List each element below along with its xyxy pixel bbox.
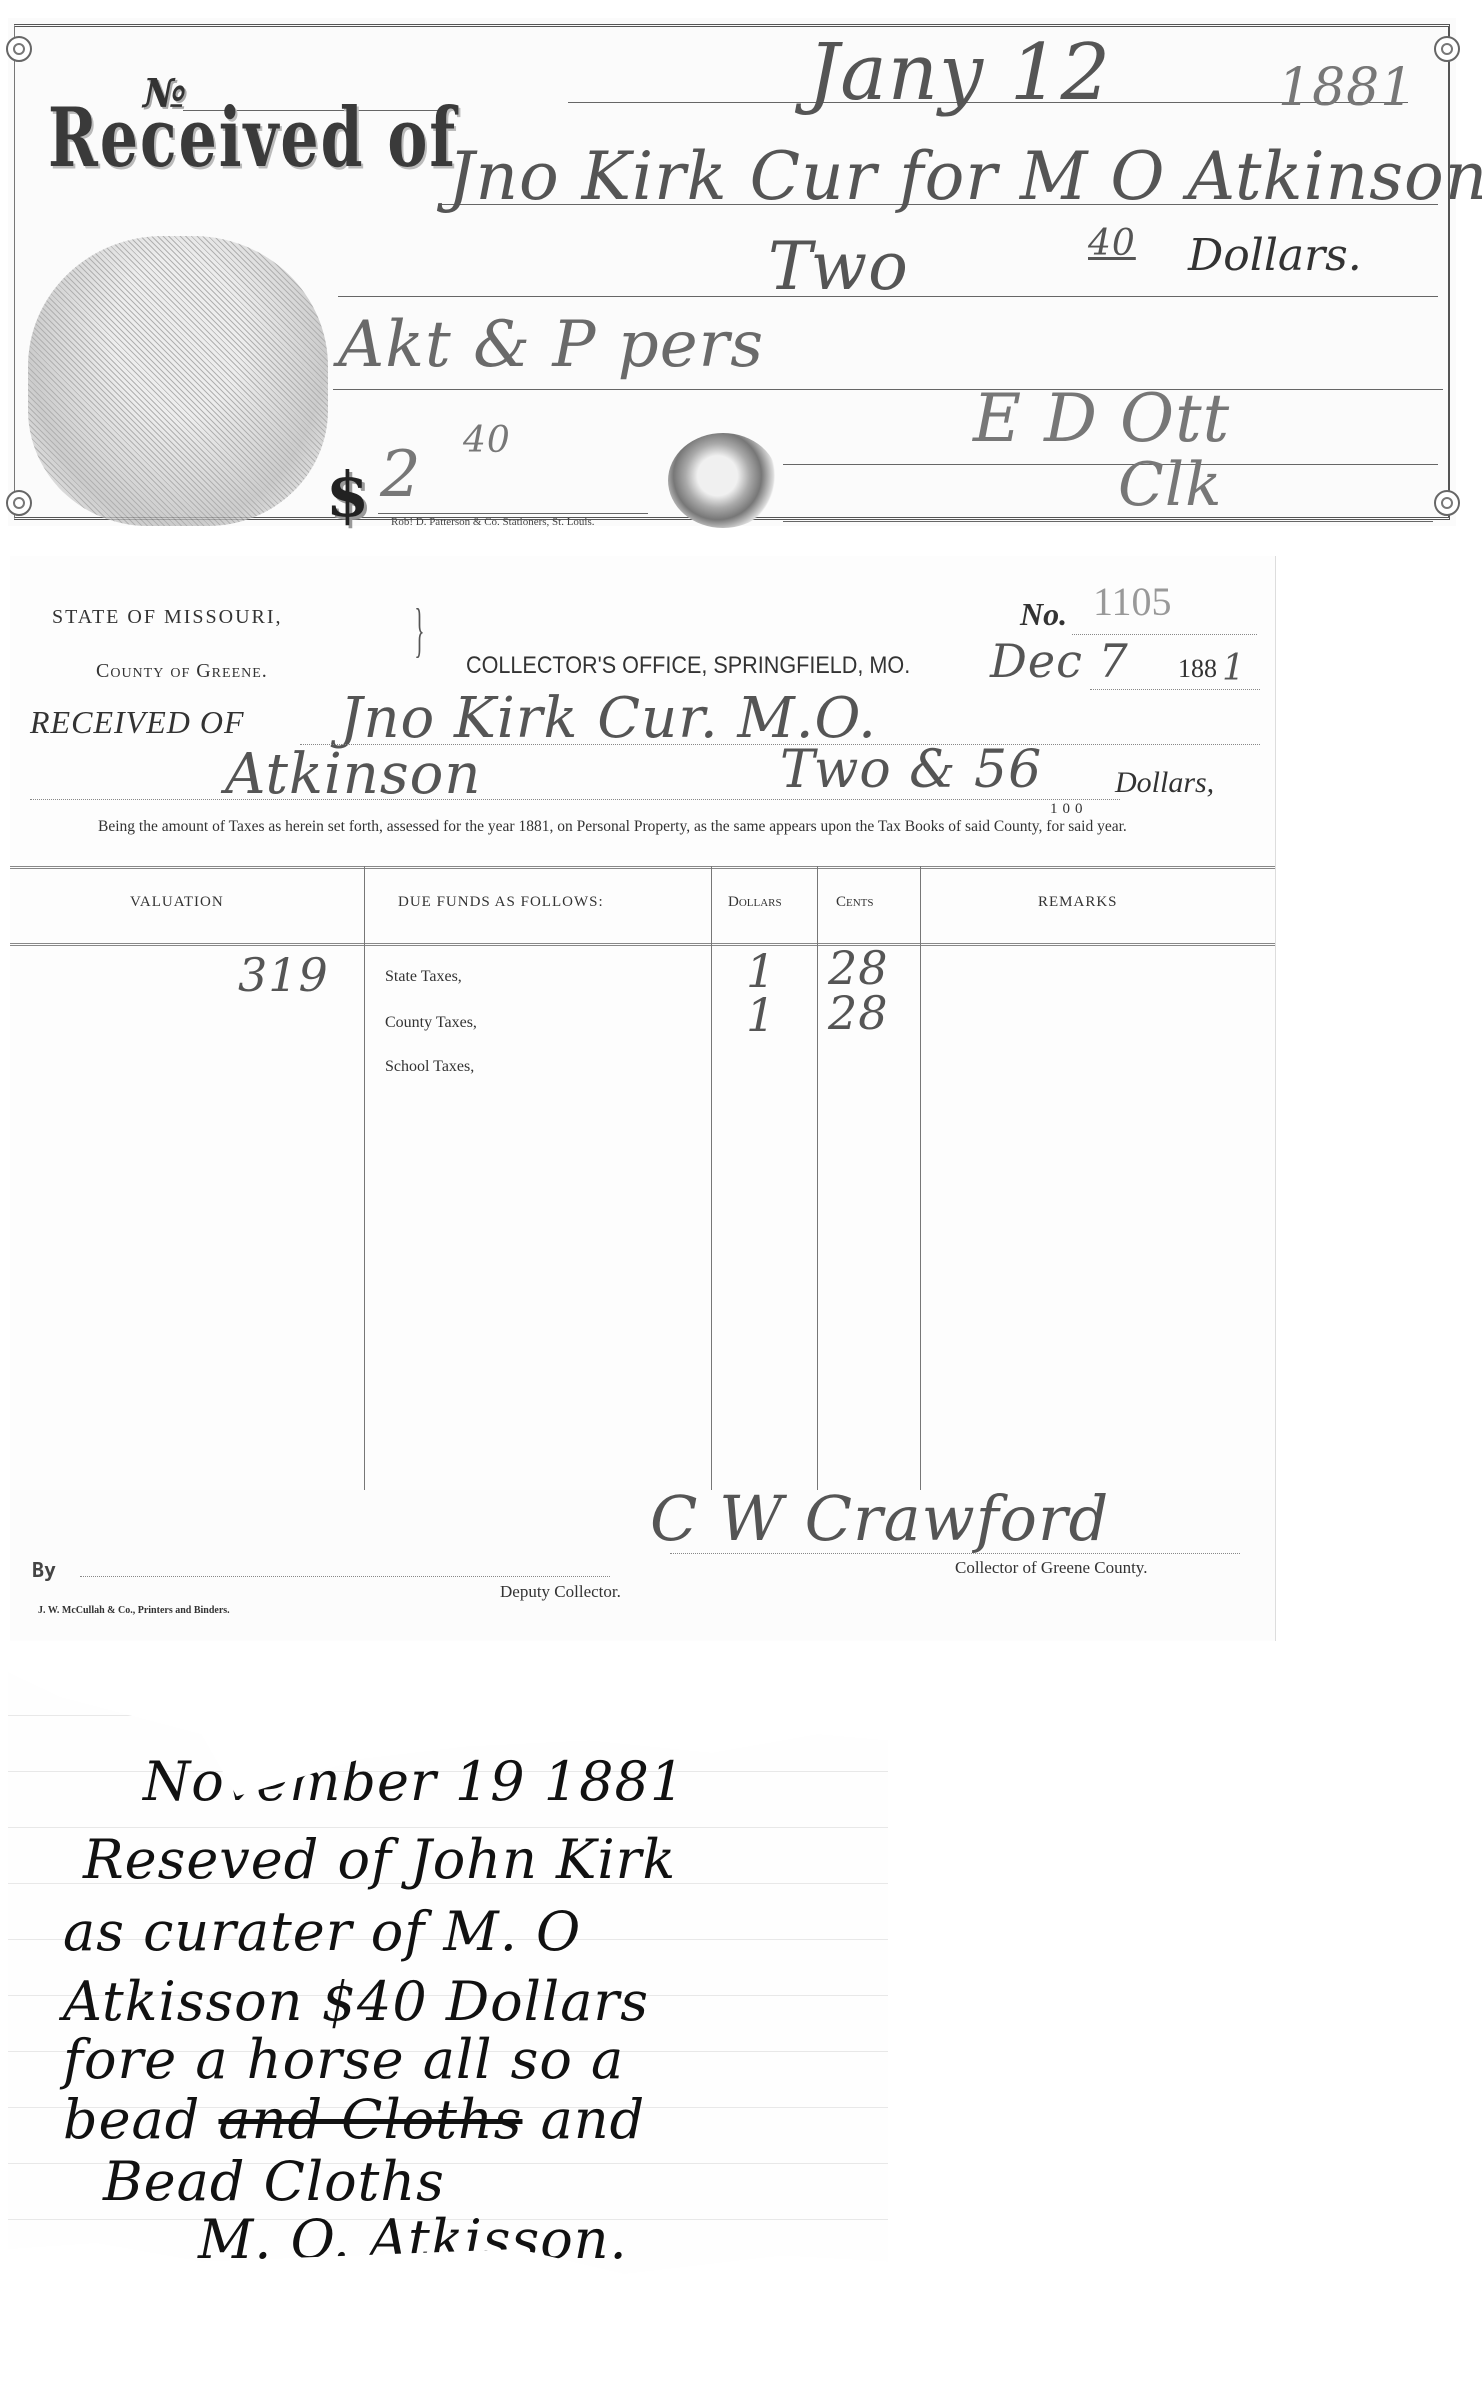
collector-title: Collector of Greene County.: [955, 1558, 1147, 1578]
received-from-name: Jno Kirk Cur for M O Atkinson: [448, 138, 1482, 215]
header-due-funds: DUE FUNDS AS FOLLOWS:: [398, 894, 604, 911]
printer-imprint: J. W. McCullah & Co., Printers and Binde…: [38, 1605, 230, 1616]
deputy-dotted-line: [80, 1576, 610, 1577]
dollars-label: Dollars,: [1115, 766, 1214, 800]
stationer-imprint: Rob! D. Patterson & Co. Stationers, St. …: [391, 516, 595, 528]
dollars-label: Dollars.: [1188, 230, 1362, 281]
corner-ornament-icon: [6, 490, 32, 516]
date-year: 1881: [1278, 58, 1414, 118]
engraved-flower-icon: [668, 433, 778, 528]
amount-numeric-rule: [378, 513, 648, 514]
receipt-number-label: No.: [1020, 596, 1067, 633]
tax-receipt-1105: STATE OF MISSOURI, County of Greene. } N…: [10, 556, 1276, 1641]
amount-dotted-line: [30, 799, 1120, 800]
receipt-number: 1105: [1093, 578, 1172, 625]
superscript-mark: 1: [280, 1723, 300, 1758]
purpose-text: Akt & P pers: [338, 308, 764, 382]
corner-ornament-icon: [6, 36, 32, 62]
note-line-2: Reseved of John Kirk: [83, 1828, 676, 1891]
amount-denominator: 100: [1050, 801, 1088, 818]
date-month-day: Jany 12: [808, 28, 1111, 118]
amount-cents-superscript: 40: [1088, 223, 1136, 264]
row-label: State Taxes,: [385, 968, 462, 986]
amount-numeric-cents: 40: [463, 420, 511, 461]
row-cents: 28: [828, 986, 889, 1040]
date-handwritten: Dec 7: [990, 634, 1129, 688]
amount-words: Two & 56: [780, 740, 1042, 800]
amount-numeric-dollars: 2: [380, 438, 422, 512]
note-line-6: bead and Cloths and: [63, 2088, 645, 2151]
row-label: School Taxes,: [385, 1058, 474, 1076]
row-dollars: 1: [746, 988, 776, 1042]
corner-ornament-icon: [1434, 36, 1460, 62]
note-word: bead: [63, 2088, 200, 2151]
deputy-title: Deputy Collector.: [500, 1582, 621, 1602]
bracket-icon: }: [414, 596, 424, 665]
header-dollars: Dollars: [728, 894, 782, 911]
dollar-sign-icon: $: [326, 458, 369, 531]
header-remarks: REMARKS: [1038, 894, 1118, 911]
received-of-name-line2: Atkinson: [225, 742, 481, 807]
receipt-1881-january: № Received of Jany 12 1881 Jno Kirk Cur …: [8, 18, 1456, 526]
tax-description: Being the amount of Taxes as herein set …: [28, 818, 1258, 835]
note-line-7: Bead Cloths: [103, 2150, 445, 2213]
signature-rule: [783, 464, 1438, 465]
amount-in-words: Two: [768, 228, 909, 305]
title-rule: [783, 521, 1433, 522]
valuation-value: 319: [238, 948, 329, 1002]
state-line: STATE OF MISSOURI,: [52, 606, 283, 629]
note-line-4: Atkisson $40 Dollars: [63, 1970, 649, 2033]
received-of-heading: Received of: [48, 92, 457, 187]
date-dotted-line: [1090, 689, 1260, 690]
note-line-date: November 19 1881: [143, 1750, 685, 1813]
purpose-rule: [333, 389, 1443, 390]
table-top-rule: [10, 866, 1275, 869]
received-of-label: RECEIVED OF: [30, 704, 245, 741]
tax-receipt-footer: C W Crawford Collector of Greene County.…: [10, 1490, 1275, 1640]
clerk-signature: E D Ott: [973, 380, 1230, 457]
handwritten-receipt-note: 1 November 19 1881 Reseved of John Kirk …: [8, 1660, 888, 2280]
note-line-5: fore a horse all so a: [63, 2028, 624, 2091]
year-suffix: 1: [1222, 648, 1246, 689]
note-word: and: [541, 2088, 646, 2151]
table-header-rule: [10, 943, 1275, 946]
corner-ornament-icon: [1434, 490, 1460, 516]
header-valuation: VALUATION: [130, 894, 224, 911]
by-label: By: [32, 1558, 56, 1582]
county-line: County of Greene.: [96, 660, 268, 683]
clerk-title: Clk: [1118, 450, 1222, 520]
note-line-3: as curater of M. O: [63, 1900, 581, 1963]
year-prefix: 188: [1178, 654, 1217, 684]
engraved-mother-child-vignette: [28, 236, 328, 526]
note-signature: M. O. Atkisson.: [198, 2208, 628, 2271]
collector-office-line: COLLECTOR'S OFFICE, SPRINGFIELD, MO.: [466, 652, 910, 680]
collector-dotted-line: [670, 1553, 1240, 1554]
collector-signature: C W Crawford: [650, 1482, 1109, 1555]
struck-text: and Cloths: [218, 2088, 522, 2151]
header-cents: Cents: [836, 894, 874, 911]
row-label: County Taxes,: [385, 1014, 477, 1032]
